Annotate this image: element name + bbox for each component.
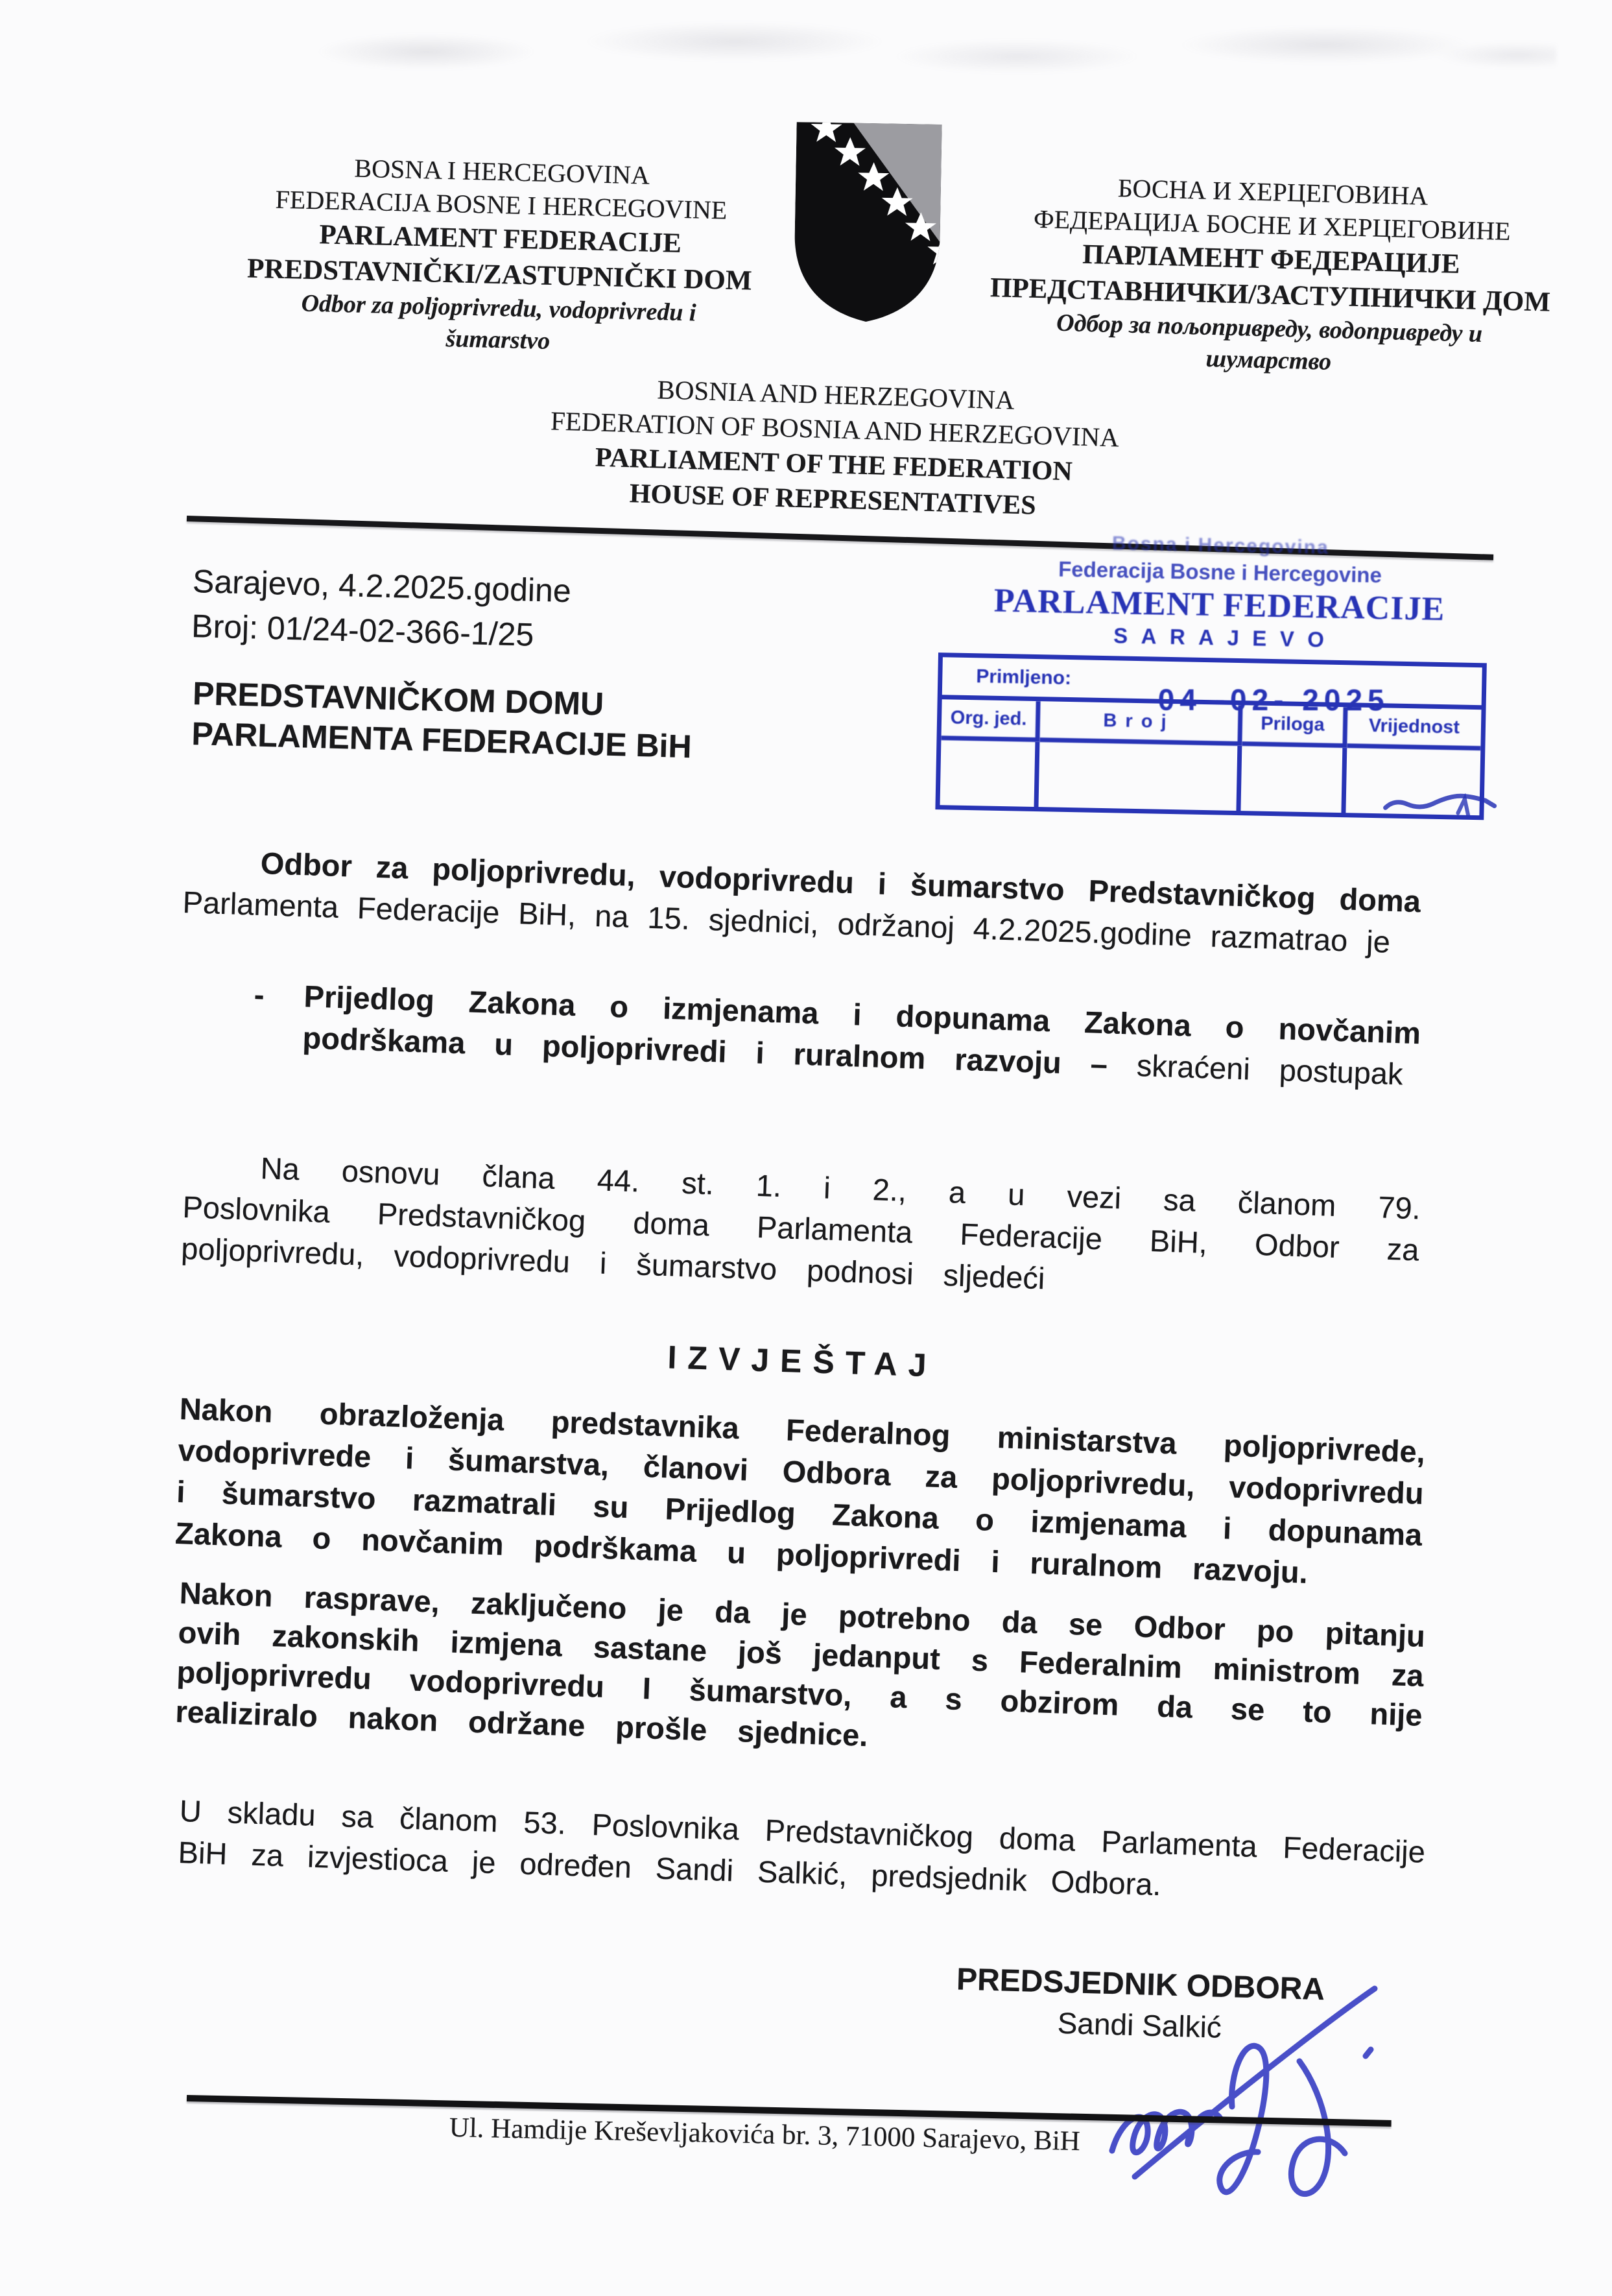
scan-noise-band	[272, 14, 1556, 82]
scanned-letter-page: BOSNA I HERCEGOVINA FEDERACIJA BOSNE I H…	[0, 0, 1612, 2296]
stamp-empty-cell	[1039, 742, 1242, 811]
stamp-col-org-jed: Org. jed.	[941, 699, 1040, 742]
handwritten-signature-icon	[1037, 1977, 1401, 2218]
header-cyrillic: БОСНА И ХЕРЦЕГОВИНА ФЕДЕРАЦИЈА БОСНЕ И Х…	[960, 167, 1582, 385]
letter-meta: Sarajevo, 4.2.2025.godine Broj: 01/24-02…	[191, 559, 571, 658]
stamp-squiggle-icon	[1381, 785, 1505, 823]
stamp-empty-cell	[940, 740, 1040, 807]
stamp-received-date: 04 -02- 2025	[1158, 682, 1390, 718]
stamp-received-label: Primljeno:	[976, 665, 1071, 689]
header-english: BOSNIA AND HERZEGOVINA FEDERATION OF BOS…	[515, 368, 1154, 527]
header-latin: BOSNA I HERCEGOVINA FEDERACIJA BOSNE I H…	[202, 148, 797, 363]
recipient-block: PREDSTAVNIČKOM DOMU PARLAMENTA FEDERACIJ…	[191, 673, 693, 767]
stamp-empty-cell	[1240, 746, 1347, 813]
paragraph-intro: Odbor za poljoprivredu, vodoprivredu i š…	[182, 840, 1421, 964]
bullet-regular-text: skraćeni postupak	[1107, 1047, 1403, 1091]
paragraph-report-1: Nakon obrazloženja predstavnika Federaln…	[174, 1388, 1426, 1597]
report-heading: IZVJEŠTAJ	[184, 1323, 1421, 1400]
paragraph-rapporteur: U skladu sa članom 53. Poslovnika Predst…	[178, 1790, 1426, 1915]
paragraph-legal-basis: Na osnovu člana 44. st. 1. i 2., a u vez…	[180, 1145, 1421, 1312]
reference-number: Broj: 01/24-02-366-1/25	[191, 604, 570, 658]
coat-of-arms-fbih-icon	[784, 117, 951, 328]
bullet-dash: -	[254, 974, 265, 1016]
paragraph-report-2: Nakon rasprave, zaključeno je da je potr…	[174, 1573, 1425, 1775]
bullet-item-law-proposal: - Prijedlog Zakona o izmjenama i dopunam…	[182, 972, 1421, 1095]
received-stamp: Bosna i Hercegovina Federacija Bosne i H…	[930, 519, 1506, 835]
